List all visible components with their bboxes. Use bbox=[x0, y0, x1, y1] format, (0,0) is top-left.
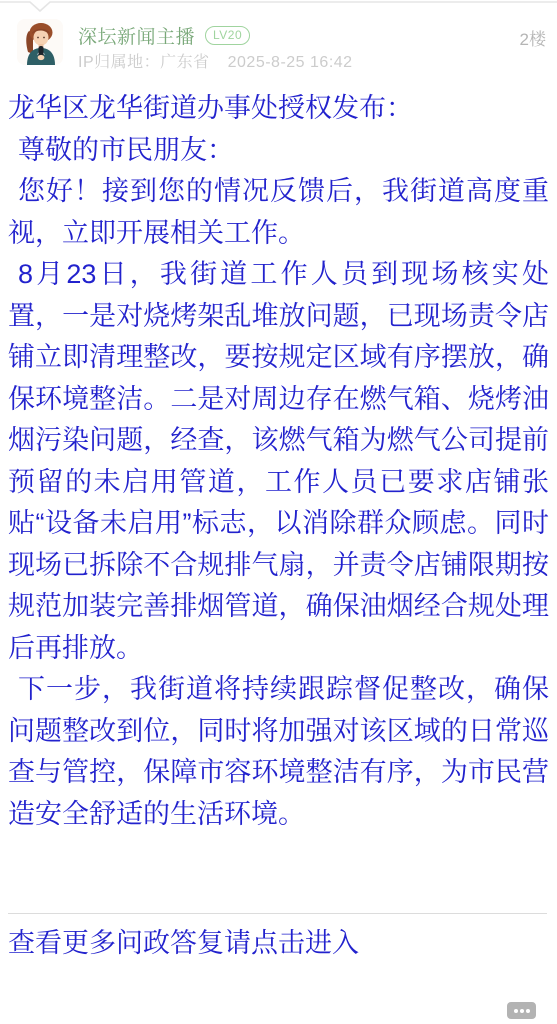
ellipsis-icon bbox=[514, 1009, 518, 1013]
post-paragraph: 您好！接到您的情况反馈后，我街道高度重视，立即开展相关工作。 bbox=[8, 171, 549, 254]
timestamp: 2025-8-25 16:42 bbox=[228, 54, 353, 71]
username[interactable]: 深坛新闻主播 bbox=[78, 22, 195, 49]
post-content: 龙华区龙华街道办事处授权发布：尊敬的市民朋友：您好！接到您的情况反馈后，我街道高… bbox=[8, 88, 549, 835]
ip-location: IP归属地：广东省 bbox=[78, 54, 210, 71]
more-replies-link[interactable]: 查看更多问政答复请点击进入 bbox=[8, 921, 359, 960]
floor-number: 2楼 bbox=[520, 25, 546, 50]
user-avatar[interactable] bbox=[17, 19, 63, 65]
news-anchor-avatar-icon bbox=[17, 19, 63, 65]
more-actions-button[interactable] bbox=[507, 1002, 536, 1019]
post-footer: 查看更多问政答复请点击进入 bbox=[8, 913, 547, 960]
post-paragraph: 尊敬的市民朋友： bbox=[8, 130, 549, 172]
user-row: 深坛新闻主播 LV20 bbox=[78, 22, 250, 49]
post-paragraph: 龙华区龙华街道办事处授权发布： bbox=[8, 88, 549, 130]
post-paragraph: 8月23日，我街道工作人员到现场核实处置，一是对烧烤架乱堆放问题，已现场责令店铺… bbox=[8, 254, 549, 669]
reply-post: 深坛新闻主播 LV20 2楼 IP归属地：广东省2025-8-25 16:42 … bbox=[0, 0, 557, 1024]
level-badge: LV20 bbox=[205, 26, 250, 45]
post-meta: IP归属地：广东省2025-8-25 16:42 bbox=[78, 49, 353, 72]
post-header: 深坛新闻主播 LV20 2楼 IP归属地：广东省2025-8-25 16:42 bbox=[0, 0, 557, 80]
footer-divider bbox=[8, 913, 547, 914]
ellipsis-icon bbox=[526, 1009, 530, 1013]
ellipsis-icon bbox=[520, 1009, 524, 1013]
post-paragraph: 下一步，我街道将持续跟踪督促整改，确保问题整改到位，同时将加强对该区域的日常巡查… bbox=[8, 669, 549, 835]
